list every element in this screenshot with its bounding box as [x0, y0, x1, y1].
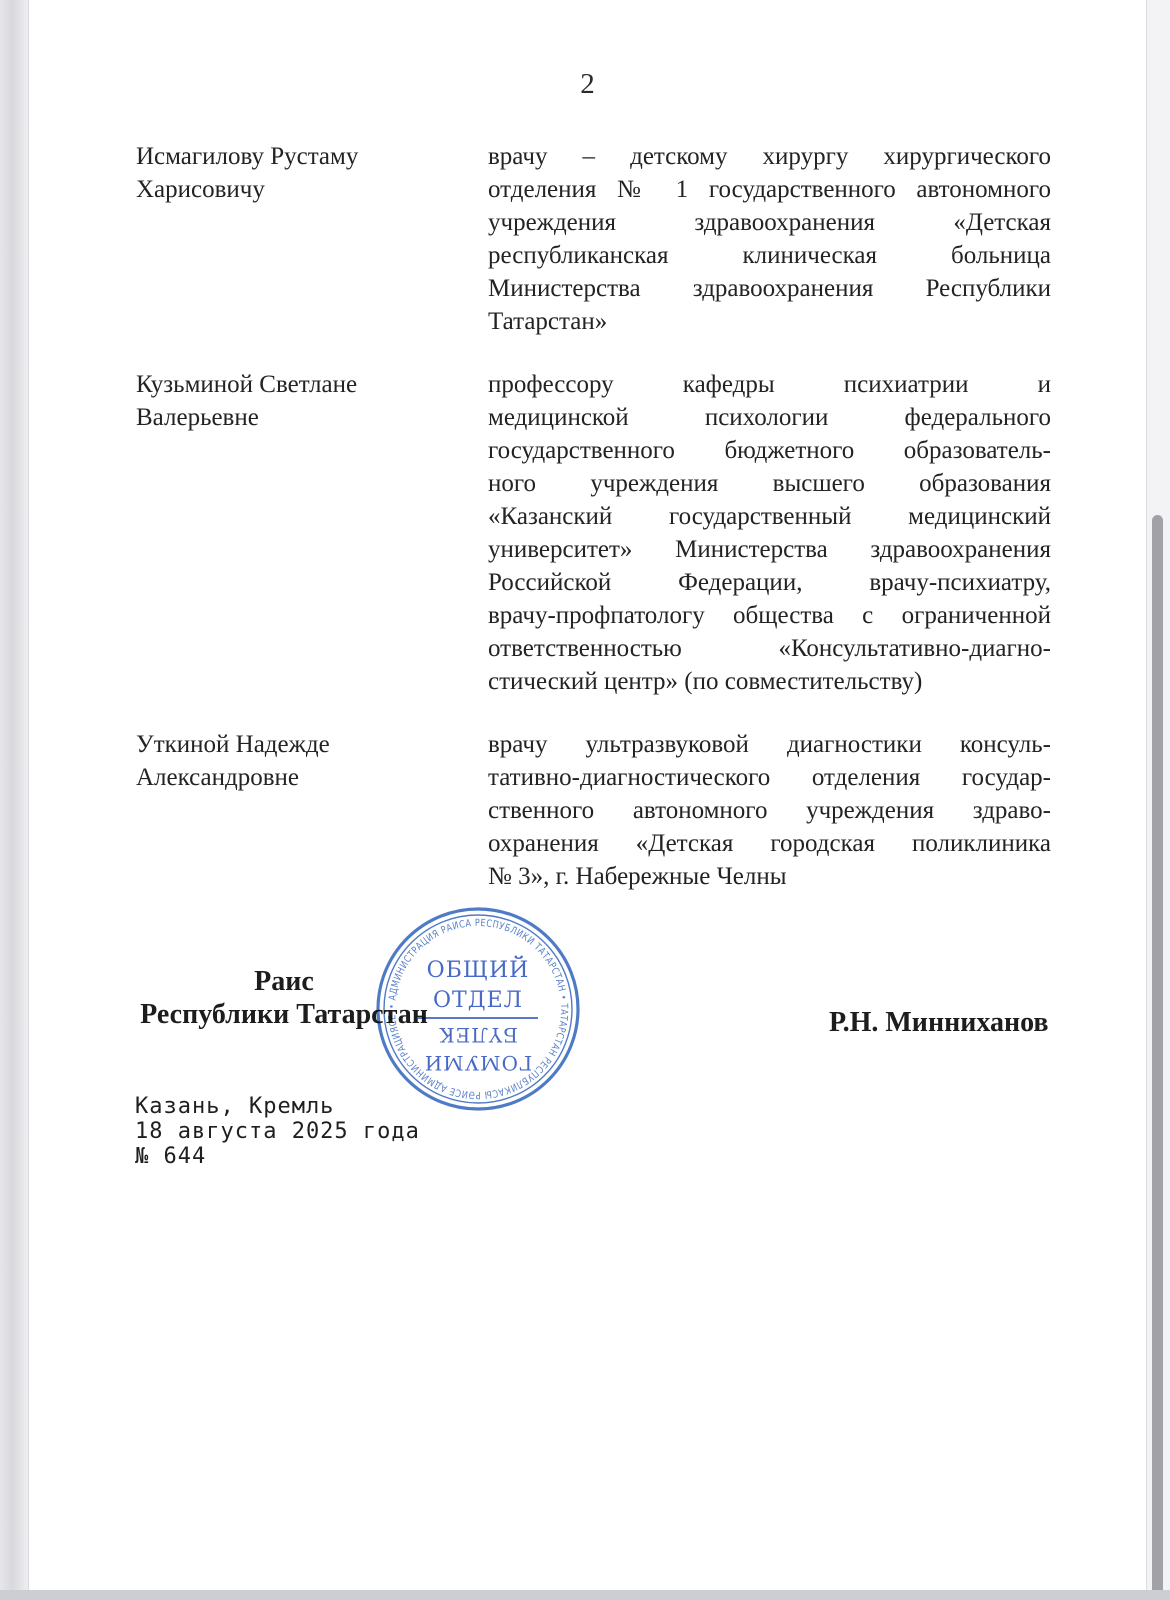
text-line: 18 августа 2025 года — [135, 1119, 420, 1144]
recipient-position-description: врачу ультразвуковой диагностики консуль… — [488, 728, 1051, 893]
recipient-name: Кузьминой СветланеВалерьевне — [136, 368, 488, 434]
document-page: 2 Исмагилову РустамуХарисовичуврачу – де… — [28, 0, 1146, 1590]
text-line: Уткиной Надежде — [136, 728, 488, 761]
recipient-position-description: профессору кафедры психиатрии имедицинск… — [488, 368, 1051, 698]
stamp-center: ОБЩИЙОТДЕЛ ГОМУМИБҮЛЕК — [375, 956, 581, 1077]
text-line: медицинской психологии федерального — [488, 401, 1051, 434]
recipient-entry: Исмагилову РустамуХарисовичуврачу – детс… — [136, 140, 1052, 338]
text-line: ОТДЕЛ — [375, 986, 581, 1016]
stamp-department: ОБЩИЙОТДЕЛ — [375, 956, 581, 1016]
text-line: «Казанский государственный медицинский — [488, 500, 1051, 533]
text-line: Харисовичу — [136, 173, 488, 206]
text-line: ОБЩИЙ — [375, 956, 581, 986]
text-line: ного учреждения высшего образования — [488, 467, 1051, 500]
recipient-name: Исмагилову РустамуХарисовичу — [136, 140, 488, 206]
text-line: врачу – детскому хирургу хирургического — [488, 140, 1051, 173]
text-line: ответственностью «Консультативно-диагно- — [488, 632, 1051, 665]
page-number: 2 — [29, 68, 1146, 101]
text-line: университет» Министерства здравоохранени… — [488, 533, 1051, 566]
text-line: учреждения здравоохранения «Детская — [488, 206, 1051, 239]
document-viewer: 2 Исмагилову РустамуХарисовичуврачу – де… — [0, 0, 1170, 1600]
text-line: отделения № 1 государственного автономно… — [488, 173, 1051, 206]
text-line: Кузьминой Светлане — [136, 368, 488, 401]
text-line: государственного бюджетного образователь… — [488, 434, 1051, 467]
text-line: врачу ультразвуковой диагностики консуль… — [488, 728, 1051, 761]
text-line: № 644 — [135, 1144, 420, 1169]
viewer-left-gutter — [0, 0, 28, 1600]
stamp-department-tatar: ГОМУМИБҮЛЕК — [375, 1021, 581, 1077]
text-line: ГОМУМИ — [375, 1049, 581, 1077]
text-line: Александровне — [136, 761, 488, 794]
text-line: стический центр» (по совместительству) — [488, 665, 1051, 698]
signer-name: Р.Н. Минниханов — [829, 1007, 1049, 1039]
viewer-bottom-gutter — [0, 1590, 1170, 1600]
entries: Исмагилову РустамуХарисовичуврачу – детс… — [136, 140, 1052, 893]
text-line: Татарстан» — [488, 305, 1051, 338]
recipient-position-description: врачу – детскому хирургу хирургическогоо… — [488, 140, 1051, 338]
text-line: ственного автономного учреждения здраво- — [488, 794, 1051, 827]
recipient-name: Уткиной НадеждеАлександровне — [136, 728, 488, 794]
issue-place-date-number: Казань, Кремль18 августа 2025 года№ 644 — [135, 1094, 420, 1169]
stamp-divider-line — [418, 1017, 538, 1019]
text-line: Министерства здравоохранения Республики — [488, 272, 1051, 305]
text-line: охранения «Детская городская поликлиника — [488, 827, 1051, 860]
text-line: республиканская клиническая больница — [488, 239, 1051, 272]
text-line: БҮЛЕК — [375, 1021, 581, 1049]
text-line: профессору кафедры психиатрии и — [488, 368, 1051, 401]
scrollbar-thumb[interactable] — [1152, 515, 1163, 1600]
text-line: тативно-диагностического отделения госуд… — [488, 761, 1051, 794]
text-line: Российской Федерации, врачу-психиатру, — [488, 566, 1051, 599]
text-line: Казань, Кремль — [135, 1094, 420, 1119]
text-line: Исмагилову Рустаму — [136, 140, 488, 173]
text-line: Валерьевне — [136, 401, 488, 434]
recipient-entry: Кузьминой СветланеВалерьевнепрофессору к… — [136, 368, 1052, 698]
text-line: № 3», г. Набережные Челны — [488, 860, 1051, 893]
recipient-entry: Уткиной НадеждеАлександровневрачу ультра… — [136, 728, 1052, 893]
official-stamp: • АДМИНИСТРАЦИЯ РАИСА РЕСПУБЛИКИ ТАТАРСТ… — [375, 906, 581, 1112]
text-line: врачу-профпатологу общества с ограниченн… — [488, 599, 1051, 632]
